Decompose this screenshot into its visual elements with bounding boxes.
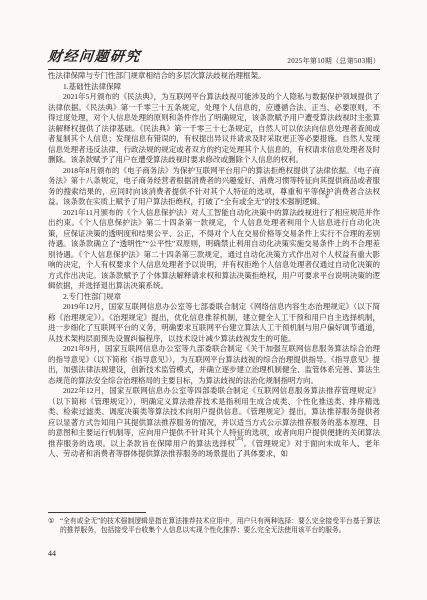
footnote-separator (48, 512, 146, 513)
journal-logo: 财经问题研究 (47, 46, 142, 66)
paragraph-guiding-opinions: 2021年9月，国家互联网信息办公室等九部委联合制定《关于加强互联网信息服务算法… (48, 344, 380, 386)
paragraph-ecommerce-law: 2018年8月颁布的《电子商务法》为保护互联网平台用户的算法拒绝权提供了法律依据… (48, 166, 380, 208)
issue-info: 2025年第10期（总第503期） (287, 56, 380, 66)
section-heading-basic-legal-protection: 1.基础性法律保障 (48, 82, 380, 93)
footnote-mark: ① (48, 517, 60, 536)
footnote-reference-1: ① (325, 195, 329, 200)
page-footer: ① “全有或全无”的技术强制逻辑是指在算法推荐技术应用中，用户只有两种选择：要么… (48, 512, 380, 558)
section-heading-departmental-regulations: 2.专门性部门规章 (48, 292, 380, 303)
paragraph-intro: 性法律保障与专门性部门规章相结合的多层次算法歧视治理框架。 (48, 71, 380, 82)
paragraph-ecommerce-law-text: 2018年8月颁布的《电子商务法》为保护互联网平台用户的算法拒绝权提供了法律依据… (48, 166, 380, 207)
footnote: ① “全有或全无”的技术强制逻辑是指在算法推荐技术应用中，用户只有两种选择：要么… (48, 517, 380, 536)
footnote-text: “全有或全无”的技术强制逻辑是指在算法推荐技术应用中，用户只有两种选择：要么完全… (60, 517, 380, 536)
paragraph-management-regulation: 2022年12月，国家互联网信息办公室等四部委联合制定《互联网信息服务算法推荐管… (48, 386, 380, 460)
page-header: 财经问题研究 2025年第10期（总第503期） (48, 46, 380, 70)
page-number: 44 (48, 549, 380, 558)
paragraph-civil-code: 2021年5月颁布的《民法典》，为互联网平台算法歧视可能涉及的个人隐私与数据保护… (48, 92, 380, 166)
citation-26: [26] (235, 437, 243, 442)
journal-page: 财经问题研究 2025年第10期（总第503期） 性法律保障与专门性部门规章相结… (0, 0, 427, 600)
paragraph-personal-info-protection-law: 2021年11月颁布的《个人信息保护法》对人工智能自动化决策中的算法歧视进行了相… (48, 208, 380, 292)
paragraph-governance-regulation: 2019年12月，国家互联网信息办公室等七部委联合制定《网络信息内容生态治理规定… (48, 302, 380, 344)
article-body: 性法律保障与专门性部门规章相结合的多层次算法歧视治理框架。 1.基础性法律保障 … (48, 71, 380, 460)
